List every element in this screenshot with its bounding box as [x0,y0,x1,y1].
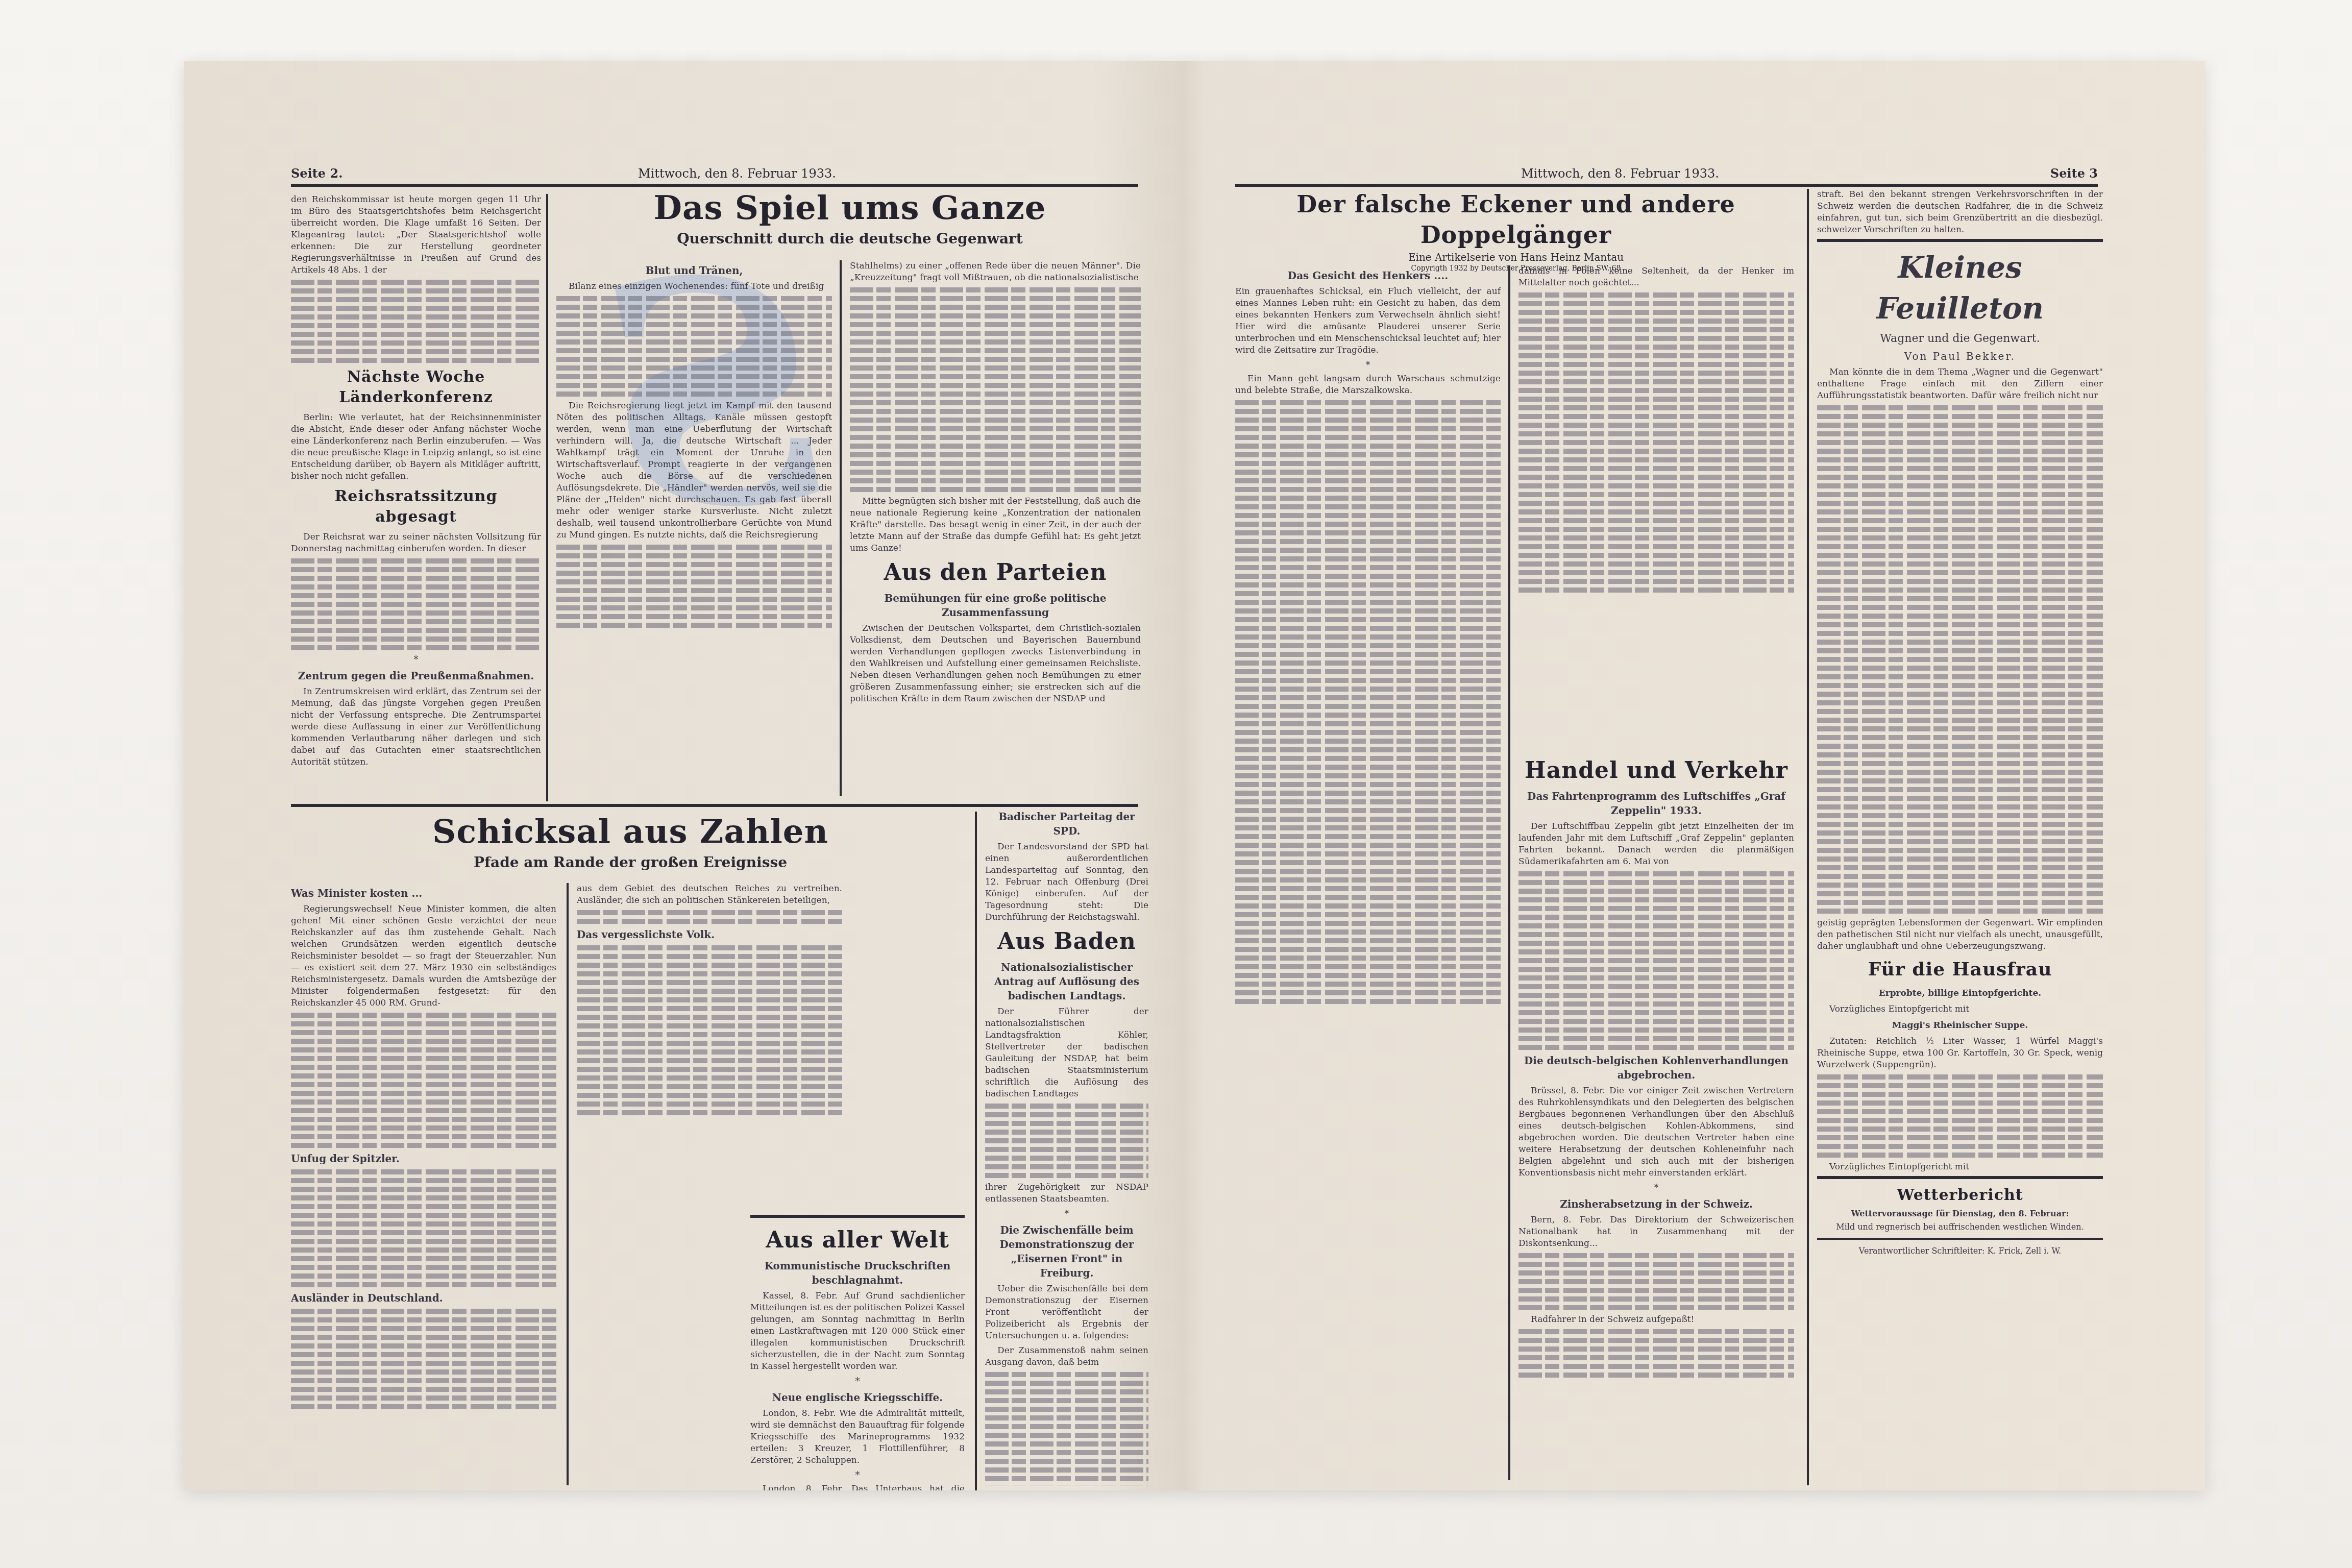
text-line [1235,973,1501,978]
text-line [1518,1346,1794,1352]
text-line [985,1441,1148,1447]
text-line [1518,327,1794,332]
text-line [1817,900,2103,905]
text-line [577,1110,842,1115]
section-heading: Zentrum gegen die Preußenmaßnahmen. [291,669,541,683]
text-line [577,989,842,994]
text-line [1235,955,1501,961]
text-line [1518,1045,1794,1050]
text-line [1817,648,2103,653]
recipe-title: Maggi's Rheinischer Suppe. [1817,1018,2103,1033]
hausfrau-text: Vorzügliches Eintopfgericht mit [1817,1161,2103,1173]
text-line [1235,869,1501,874]
text-line [985,1156,1148,1161]
text-line [291,645,541,650]
text-line [985,1485,1148,1485]
text-line [291,1195,556,1200]
text-line [577,1032,842,1037]
text-line [1235,721,1501,726]
section-heading: Reichsratssitzung abgesagt [291,486,541,527]
text-line [291,1326,556,1331]
text-line [556,597,832,602]
coal-heading: Die deutsch-belgischen Kohlenverhandlung… [1518,1053,1794,1082]
text-line [556,357,832,362]
text-line [1817,770,2103,775]
text-line [1817,787,2103,792]
text-line [291,593,541,598]
text-line [556,605,832,610]
text-line [850,322,1141,327]
text-line [1817,1109,2103,1114]
subsection-heading: Unfug der Spitzler. [291,1151,556,1166]
text-line [1235,470,1501,475]
text-line [1817,570,2103,575]
freiburg-text: Der Zusammenstoß nahm seinen Ausgang dav… [985,1345,1148,1368]
text-line [1817,726,2103,731]
text-line [1518,570,1794,575]
text-line [1235,418,1501,423]
text-line [1817,431,2103,436]
text-line [291,1247,556,1253]
text-line [291,1134,556,1139]
text-line [985,1372,1148,1377]
text-line [291,1221,556,1227]
feature-text: Die Reichsregierung liegt jetzt im Kampf… [556,400,832,541]
section-text: Berlin: Wie verlautet, hat der Reichsinn… [291,412,541,482]
text-line [1817,692,2103,697]
text-line [1518,975,1794,981]
text-line [1518,1019,1794,1024]
text-line [291,576,541,581]
text-line [1518,423,1794,428]
text-line [850,296,1141,301]
text-line [291,1395,556,1401]
feature-text: Stahlhelms) zu einer „offenen Rede über … [850,260,1141,284]
text-line [1817,830,2103,836]
text-line [1817,657,2103,662]
serial-headline: Der falsche Eckener und andere Doppelgän… [1235,189,1797,250]
text-line [985,1121,1148,1126]
schicksal-text: Regierungswechsel! Neue Minister kommen,… [291,903,556,1009]
text-line [1518,388,1794,393]
text-line [1817,735,2103,740]
freiburg-text: Ueber die Zwischenfälle bei dem Demonstr… [985,1283,1148,1342]
text-line [291,1065,556,1070]
feature-closing: Mitte begnügten sich bisher mit der Fest… [850,496,1141,554]
text-line [1235,678,1501,683]
column-rule [975,812,977,1490]
text-line [291,1387,556,1392]
handel-subheadline: Das Fahrtenprogramm des Luftschiffes „Gr… [1518,789,1794,818]
text-line [1235,409,1501,414]
text-line [1235,522,1501,527]
serial-section: Das Gesicht des Henkers .... [1235,268,1501,283]
text-line [850,487,1141,492]
text-line [850,418,1141,423]
text-line [291,280,541,285]
text-line [1518,414,1794,419]
hausfrau-text: Vorzügliches Eintopfgericht mit [1817,1003,2103,1015]
text-line [291,288,541,293]
text-line [556,571,832,576]
text-line [850,331,1141,336]
text-line [1518,397,1794,402]
text-line [1518,932,1794,937]
text-line [1817,449,2103,454]
text-line [1817,856,2103,862]
text-line [577,1084,842,1089]
text-line [1518,1355,1794,1360]
text-line [1817,891,2103,896]
feuilleton-author: Von Paul Bekker. [1817,349,2103,363]
text-line [1235,808,1501,813]
text-line [1518,1373,1794,1378]
text-line [577,1093,842,1098]
text-line [1817,553,2103,558]
text-line [1518,527,1794,532]
text-line [1518,1296,1794,1302]
text-line [291,1178,556,1183]
text-line [850,305,1141,310]
text-line [1518,1027,1794,1033]
serial-text: Ein Mann geht langsam durch Warschaus sc… [1235,373,1501,397]
text-line [1235,825,1501,830]
text-line [1817,874,2103,879]
text-line [291,628,541,633]
text-line [1235,435,1501,440]
text-line [985,1433,1148,1438]
text-line [1817,744,2103,749]
text-line [1817,414,2103,419]
text-line [291,314,541,320]
text-line [985,1415,1148,1420]
text-line [1817,1100,2103,1106]
column-rule [546,194,548,801]
text-line [1235,877,1501,883]
text-line [291,1335,556,1340]
text-line [291,332,541,337]
welt-item-title: Neue englische Kriegsschiffe. [750,1390,965,1405]
text-line [1518,880,1794,885]
text-line [556,383,832,388]
parteien-subheadline: Bemühungen für eine große politische Zus… [850,591,1141,620]
welt-item-title: Kommunistische Druckschriften beschlagna… [750,1259,965,1287]
text-line [1518,483,1794,488]
text-line [1817,614,2103,619]
text-line [1518,440,1794,445]
text-line [985,1112,1148,1117]
text-line [556,365,832,371]
text-line [1817,909,2103,914]
text-line [850,435,1141,440]
text-line [1817,605,2103,610]
text-line [556,313,832,318]
swiss-heading: Zinsherabsetzung in der Schweiz. [1518,1197,1794,1211]
text-line [291,1361,556,1366]
text-line [850,426,1141,431]
text-line [291,1143,556,1148]
text-line [1235,461,1501,466]
text-line [1235,496,1501,501]
schicksal-text: aus dem Gebiet des deutschen Reiches zu … [577,883,842,906]
schicksal-article: Schicksal aus Zahlen Pfade am Rande der … [291,812,970,1490]
editor-credit: Verantwortlicher Schriftleiter: K. Frick… [1817,1245,2103,1257]
text-line [1518,871,1794,876]
text-line [291,1047,556,1052]
coal-text: Brüssel, 8. Febr. Die vor einiger Zeit z… [1518,1085,1794,1179]
text-line [985,1476,1148,1481]
text-line [1817,674,2103,679]
text-line [577,1067,842,1072]
text-line [1817,683,2103,688]
text-line [1518,906,1794,911]
text-line [291,1317,556,1322]
text-line [1235,817,1501,822]
text-line [1817,666,2103,671]
text-line [985,1398,1148,1403]
text-line [1235,565,1501,570]
text-line [556,331,832,336]
text-line [1817,466,2103,471]
column-rule [1807,189,1809,1485]
text-line [1817,1144,2103,1149]
text-line [1518,984,1794,989]
schicksal-headline: Schicksal aus Zahlen [291,812,970,852]
text-line [556,579,832,584]
column-rule [1508,265,1510,1480]
text-line [1235,964,1501,969]
text-line [1235,444,1501,449]
right-page: Mittwoch, den 8. Februar 1933. Seite 3 D… [1205,61,2205,1490]
text-line [1235,513,1501,518]
text-line [1235,982,1501,987]
text-line [1817,1092,2103,1097]
text-line [850,365,1141,371]
text-line [577,1006,842,1011]
text-line [985,1104,1148,1109]
text-line [1518,1270,1794,1276]
text-line [291,349,541,354]
column-rule [567,883,569,1485]
text-line [1235,426,1501,431]
text-line [291,1378,556,1383]
text-line [577,997,842,1002]
text-line [1518,561,1794,567]
text-line [850,444,1141,449]
text-line [291,297,541,302]
text-line [556,296,832,301]
text-line [1235,851,1501,856]
text-line [291,1282,556,1287]
welt-item-text: Kassel, 8. Febr. Auf Grund sachdienliche… [750,1290,965,1373]
text-line [1817,483,2103,488]
text-line [1518,1279,1794,1284]
text-line [985,1381,1148,1386]
text-line [577,980,842,985]
text-line [850,348,1141,353]
text-line [1817,804,2103,810]
text-line [1817,796,2103,801]
text-line [1518,292,1794,298]
text-line [1518,1036,1794,1041]
text-line [1518,318,1794,324]
weather-headline: Wetterbericht [1817,1184,2103,1207]
text-line [577,910,842,915]
text-line [1817,1074,2103,1080]
serial-byline: Eine Artikelserie von Hans Heinz Mantau [1235,250,1797,264]
text-line [1235,756,1501,761]
text-line [1817,475,2103,480]
text-line [1817,1118,2103,1123]
text-line [1817,761,2103,766]
text-line [556,391,832,397]
text-line [1518,889,1794,894]
hausfrau-headline: Für die Hausfrau [1817,955,2103,983]
text-line [1235,582,1501,587]
baden-subheadline: Nationalsozialistischer Antrag auf Auflö… [985,960,1148,1003]
text-line [1518,405,1794,410]
horizontal-rule [1817,1176,2103,1179]
feature-article: Das Spiel ums Ganze Querschnitt durch di… [556,184,1143,801]
text-line [1518,958,1794,963]
text-line [556,322,832,327]
text-line [850,391,1141,397]
text-line [1518,553,1794,558]
baden-column: Badischer Parteitag der SPD. Der Landesv… [985,806,1148,1485]
text-line [291,1256,556,1261]
text-line [1518,449,1794,454]
text-line [1817,718,2103,723]
text-line [1518,544,1794,549]
text-line [1518,949,1794,954]
text-line [1518,1010,1794,1015]
handel-section: Handel und Verkehr Das Fahrtenprogramm d… [1518,755,1794,1480]
section-heading: Nächste Woche Länderkonferenz [291,367,541,408]
baden-headline: Aus Baden [985,926,1148,957]
serial-intro: Ein grauenhaftes Schicksal, ein Fluch vi… [1235,286,1501,356]
text-line [1518,353,1794,358]
text-line [1235,574,1501,579]
text-line [1235,938,1501,943]
text-line [1235,999,1501,1004]
text-line [577,1041,842,1046]
text-line [577,1015,842,1020]
text-line [1235,400,1501,405]
text-line [1235,608,1501,614]
baden-text: ihrer Zugehörigkeit zur NSDAP entlassene… [985,1182,1148,1205]
horizontal-rule [1817,239,2103,242]
text-line [291,1013,556,1018]
text-line [291,1056,556,1061]
text-line [1518,923,1794,928]
text-line [1817,848,2103,853]
text-line [1235,747,1501,752]
text-line [985,1164,1148,1169]
text-line [291,1204,556,1209]
text-line [556,545,832,550]
text-line [291,1021,556,1026]
text-line [577,1058,842,1063]
subsection-heading: Was Minister kosten ... [291,886,556,900]
text-line [985,1389,1148,1394]
text-line [556,623,832,628]
text-line [1817,1153,2103,1158]
text-line [1518,915,1794,920]
text-line [291,1108,556,1113]
text-line [1817,1135,2103,1140]
text-line [291,602,541,607]
issue-date: Mittwoch, den 8. Februar 1933. [1521,166,1719,181]
text-line [291,1213,556,1218]
text-line [556,562,832,567]
text-line [1235,669,1501,674]
text-line [291,1265,556,1270]
text-line [1518,466,1794,471]
weather-forecast: Mild und regnerisch bei auffrischenden w… [1817,1221,2103,1233]
text-line [985,1130,1148,1135]
text-line [577,1049,842,1055]
text-line [1518,371,1794,376]
text-line [1518,457,1794,462]
text-line [1235,921,1501,926]
text-line [1235,487,1501,492]
text-line [1817,579,2103,584]
text-line [850,287,1141,292]
text-line [1235,548,1501,553]
text-line [1518,1253,1794,1258]
text-line [291,1230,556,1235]
text-line [1518,379,1794,384]
text-line [985,1173,1148,1178]
welt-item-text: London, 8. Febr. Wie die Admiralität mit… [750,1408,965,1466]
text-line [1817,596,2103,601]
text-line [1235,660,1501,666]
feature-subheadline: Querschnitt durch die deutsche Gegenwart [556,229,1143,249]
text-line [291,636,541,642]
text-line [291,1091,556,1096]
text-line [1235,773,1501,778]
text-line [850,409,1141,414]
handel-text: Der Luftschiffbau Zeppelin gibt jetzt Ei… [1518,821,1794,868]
recipe-text: Zutaten: Reichlich ½ Liter Wasser, 1 Wür… [1817,1036,2103,1071]
text-line [1817,544,2103,549]
text-line [850,383,1141,388]
text-line [1235,895,1501,900]
text-line [291,567,541,572]
subsection-heading: Ausländer in Deutschland. [291,1291,556,1305]
page-number: Seite 3 [2050,166,2098,181]
text-line [1817,1126,2103,1132]
text-line [1235,556,1501,561]
feuilleton-text: Man könnte die in dem Thema „Wagner und … [1817,366,2103,402]
text-line [1518,345,1794,350]
text-line [1817,587,2103,593]
text-line [985,1147,1148,1152]
text-line [1518,475,1794,480]
text-line [1518,336,1794,341]
text-line [1518,1288,1794,1293]
left-column-politics: den Reichskommissar ist heute morgen geg… [291,194,541,801]
article-intro: den Reichskommissar ist heute morgen geg… [291,194,541,276]
text-line [1817,839,2103,844]
parteien-headline: Aus den Parteien [850,557,1141,588]
text-line [577,954,842,959]
text-line [985,1138,1148,1143]
text-line [577,1075,842,1081]
text-line [1235,834,1501,839]
text-line [1235,713,1501,718]
text-line [1235,990,1501,995]
